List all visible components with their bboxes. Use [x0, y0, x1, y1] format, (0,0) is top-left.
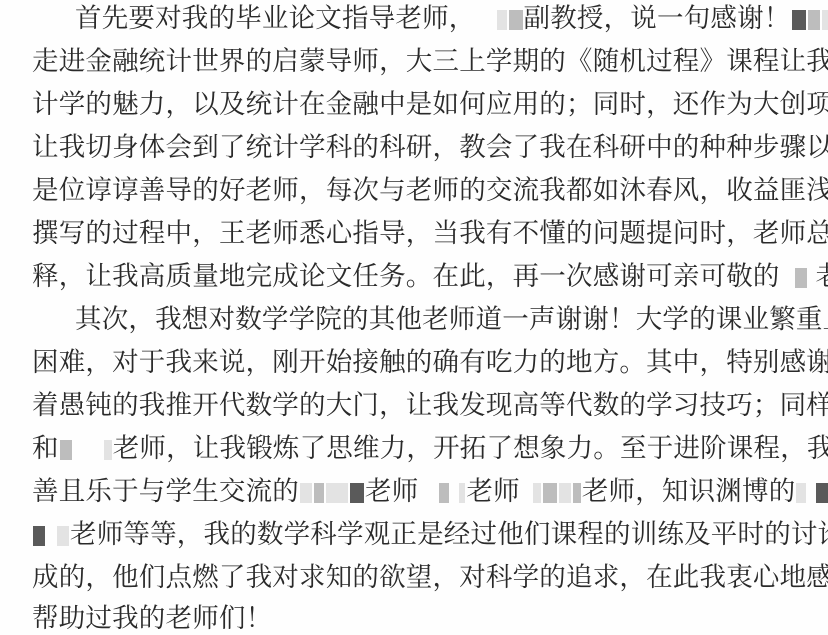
- redaction-mosaic-tile: [792, 10, 806, 30]
- redaction-mosaic-tile: [573, 483, 581, 503]
- text-segment: 是位谆谆善导的好老师，每次与老师的交流我都如沐春风，收益匪浅。而在毕业论文: [32, 175, 828, 206]
- redaction-mosaic-tile: [33, 526, 45, 546]
- text-segment: 副教授，说一句感谢！: [524, 3, 791, 34]
- text-line: 和老师，让我锻炼了思维力，开拓了想象力。至于进阶课程，我有幸遇到了和: [32, 432, 800, 466]
- redaction-mosaic-tile: [521, 483, 531, 503]
- redacted-name-block: [299, 476, 365, 507]
- redacted-name-block: [520, 476, 582, 507]
- text-segment: 老师！: [816, 261, 828, 292]
- redacted-name-block: [795, 476, 828, 507]
- redaction-mosaic-tile: [104, 440, 112, 460]
- redaction-mosaic-tile: [808, 10, 820, 30]
- redacted-name-block: [418, 476, 466, 507]
- text-segment: 着愚钝的我推开代数学的大门，让我发现高等代数的学习技巧；同样感谢: [32, 390, 828, 421]
- redaction-mosaic-tile: [419, 483, 437, 503]
- text-segment: 老师: [466, 476, 519, 507]
- redaction-mosaic-tile: [781, 268, 793, 288]
- text-segment: 老师，知识渊博的: [582, 476, 796, 507]
- text-segment: 和: [32, 433, 59, 464]
- text-line: 困难，对于我来说，刚开始接触的确有吃力的地方。其中，特别感谢老师，带: [32, 346, 800, 380]
- redaction-mosaic-tile: [57, 526, 69, 546]
- text-segment: 走进金融统计世界的启蒙导师，大三上学期的《随机过程》课程让我第一次感受到统: [32, 46, 828, 77]
- text-segment: 让我切身体会到了统计学科的科研，教会了我在科研中的种种步骤以及方法。王老师: [32, 132, 828, 163]
- text-line: 其次，我想对数学学院的其他老师道一声谢谢！大学的课业繁重且数学学科相对: [75, 303, 828, 337]
- text-line: 让我切身体会到了统计学科的科研，教会了我在科研中的种种步骤以及方法。王老师: [32, 131, 800, 165]
- text-line: 是位谆谆善导的好老师，每次与老师的交流我都如沐春风，收益匪浅。而在毕业论文: [32, 174, 800, 208]
- redaction-mosaic-tile: [439, 483, 449, 503]
- text-line: 老师等等，我的数学科学观正是经过他们课程的训练及平时的讨论交流中逐渐形: [32, 518, 800, 552]
- redaction-mosaic-tile: [796, 483, 806, 503]
- text-line: 首先要对我的毕业论文指导老师，副教授，说一句感谢！老师是我真正: [75, 2, 828, 36]
- redaction-mosaic-tile: [809, 268, 815, 288]
- redacted-name-block: [780, 261, 816, 292]
- text-segment: 撰写的过程中，王老师悉心指导，当我有不懂的问题提问时，老师总会孜孜不倦地解: [32, 218, 828, 249]
- redaction-mosaic-tile: [451, 483, 457, 503]
- text-line: 成的，他们点燃了我对求知的欲望，对科学的追求，在此我衷心地感谢各位教导过我、: [32, 561, 800, 595]
- redaction-mosaic-tile: [497, 10, 507, 30]
- redaction-mosaic-tile: [477, 10, 495, 30]
- redaction-mosaic-tile: [74, 440, 102, 460]
- text-segment: 首先要对我的毕业论文指导老师，: [75, 3, 476, 34]
- redaction-mosaic-tile: [459, 483, 465, 503]
- redaction-mosaic-tile: [47, 526, 55, 546]
- redacted-name-block: [476, 3, 524, 34]
- text-line: 帮助过我的老师们！: [32, 602, 800, 635]
- redaction-mosaic-tile: [300, 483, 312, 503]
- redaction-mosaic-tile: [822, 10, 828, 30]
- text-line: 撰写的过程中，王老师悉心指导，当我有不懂的问题提问时，老师总会孜孜不倦地解: [32, 217, 800, 251]
- text-segment: 成的，他们点燃了我对求知的欲望，对科学的追求，在此我衷心地感谢各位教导过我、: [32, 562, 828, 593]
- redaction-mosaic-tile: [326, 483, 348, 503]
- text-segment: 其次，我想对数学学院的其他老师道一声谢谢！大学的课业繁重且数学学科相对: [75, 304, 828, 335]
- redaction-mosaic-tile: [314, 483, 324, 503]
- scanned-document-page: 首先要对我的毕业论文指导老师，副教授，说一句感谢！老师是我真正走进金融统计世界的…: [0, 0, 828, 635]
- text-segment: 老师: [365, 476, 418, 507]
- text-line: 善且乐于与学生交流的老师老师老师，知识渊博的教授、: [32, 475, 800, 509]
- redaction-mosaic-tile: [60, 440, 72, 460]
- redaction-mosaic-tile: [509, 10, 523, 30]
- redaction-mosaic-tile: [350, 483, 364, 503]
- text-line: 着愚钝的我推开代数学的大门，让我发现高等代数的学习技巧；同样感谢老师: [32, 389, 800, 423]
- redaction-mosaic-tile: [559, 483, 571, 503]
- text-segment: 计学的魅力，以及统计在金融中是如何应用的；同时，还作为大创项目的指导老师，: [32, 89, 828, 120]
- redaction-mosaic-tile: [816, 483, 828, 503]
- text-segment: 老师，让我锻炼了思维力，开拓了想象力。至于进阶课程，我有幸遇到了和: [113, 433, 828, 464]
- redaction-mosaic-tile: [795, 268, 807, 288]
- redaction-mosaic-tile: [808, 483, 814, 503]
- text-line: 走进金融统计世界的启蒙导师，大三上学期的《随机过程》课程让我第一次感受到统: [32, 45, 800, 79]
- text-segment: 困难，对于我来说，刚开始接触的确有吃力的地方。其中，特别感谢: [32, 347, 828, 378]
- text-line: 释，让我高质量地完成论文任务。在此，再一次感谢可亲可敬的老师！: [32, 260, 800, 294]
- text-segment: 释，让我高质量地完成论文任务。在此，再一次感谢可亲可敬的: [32, 261, 780, 292]
- redaction-mosaic-tile: [533, 483, 541, 503]
- redacted-name-block: [59, 433, 113, 464]
- redacted-name-block: [791, 3, 828, 34]
- text-line: 计学的魅力，以及统计在金融中是如何应用的；同时，还作为大创项目的指导老师，: [32, 88, 800, 122]
- text-segment: 帮助过我的老师们！: [32, 603, 272, 634]
- redaction-mosaic-tile: [543, 483, 557, 503]
- text-segment: 老师等等，我的数学科学观正是经过他们课程的训练及平时的讨论交流中逐渐形: [70, 519, 828, 550]
- redacted-name-block: [32, 519, 70, 550]
- text-segment: 善且乐于与学生交流的: [32, 476, 299, 507]
